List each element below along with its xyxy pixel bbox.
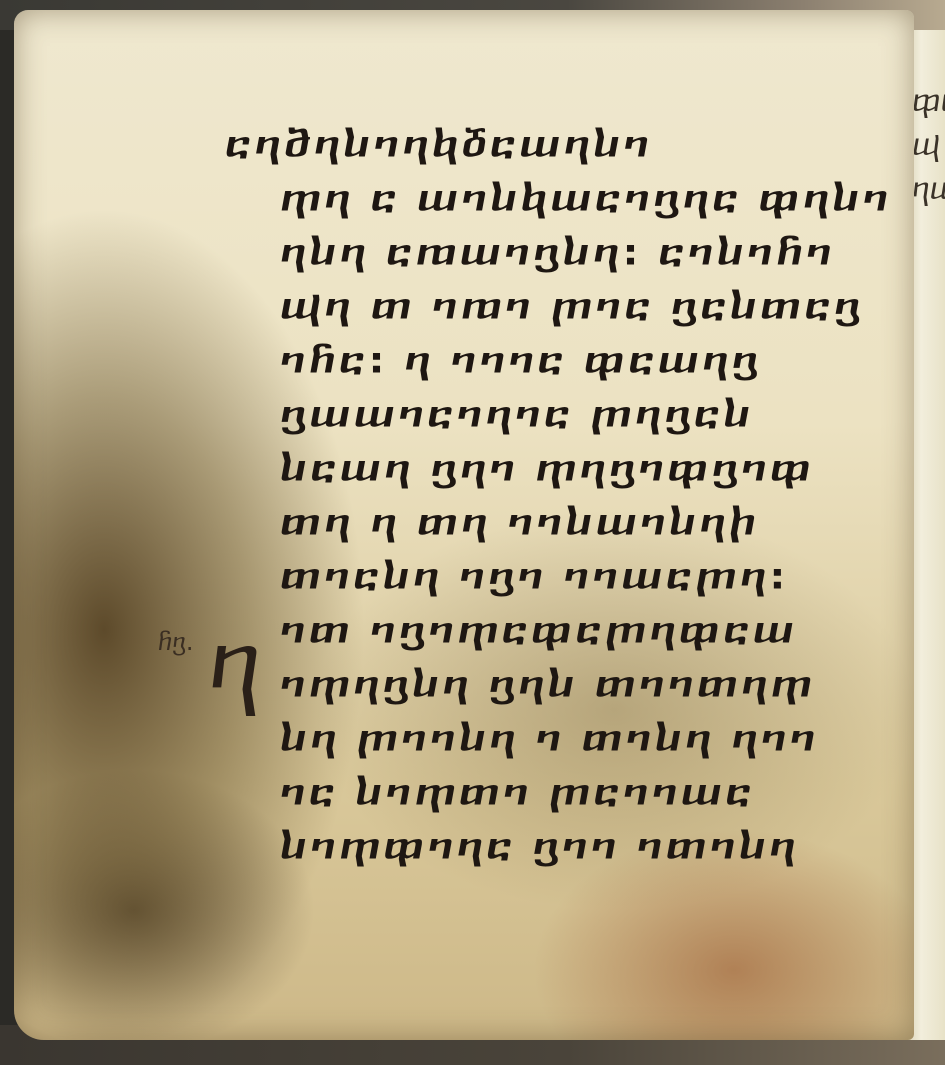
- text-line: ⴈⴀ ⴑⴈⴅⴇⴈ ⴜⴀⴈⴈⴍⴀ: [225, 769, 835, 818]
- text-line: ⴇⴈⴀⴑⴄ ⴈⴂⴈ ⴈⴈⴍⴀⴜⴄ:: [225, 553, 835, 602]
- text-line: ⴈⴌⴀ: ⴄ ⴈⴈⴈⴀ ⴔⴀⴍⴄⴂ: [225, 337, 835, 386]
- text-line: ⴑⴄ ⴜⴈⴈⴑⴄ ⴈ ⴇⴈⴑⴄ ⴄⴈⴈ: [225, 715, 835, 764]
- text-line: ⴀⴄⴋⴄⴑⴈⴄⴉⴃⴀⴍⴄⴑⴈ: [225, 121, 835, 170]
- marginal-number: ⴌⴂ.: [158, 628, 193, 656]
- text-line: ⴈⴅⴄⴂⴑⴄ ⴂⴄⴑ ⴇⴈⴈⴇⴄⴅ: [225, 661, 835, 710]
- text-line: ⴈⴇ ⴈⴂⴈⴅⴀⴔⴀⴜⴄⴔⴀⴍ: [225, 607, 835, 656]
- text-line: ⴑⴈⴅⴔⴈⴄⴀ ⴂⴈⴈ ⴈⴇⴈⴑⴄ: [225, 823, 835, 872]
- text-line: ⴇⴄ ⴄ ⴇⴄ ⴈⴈⴑⴍⴈⴑⴄⴙ: [225, 499, 835, 548]
- facing-page-text: ⴔⴀ ⴓ ⴄⴍ: [912, 80, 945, 212]
- manuscript-text: ⴀⴄⴋⴄⴑⴈⴄⴉⴃⴀⴍⴄⴑⴈ ⴅⴄ ⴀ ⴍⴈⴑⴉⴍⴀⴈⴂⴄⴀ ⴔⴄⴑⴈ ⴄⴑⴄ …: [225, 118, 835, 874]
- text-line: ⴂⴍⴍⴈⴀⴈⴄⴈⴀ ⴜⴄⴂⴀⴑ: [225, 391, 835, 440]
- text-line: ⴄⴑⴄ ⴀⴊⴍⴈⴂⴑⴄ: ⴀⴈⴑⴈⴌⴈ: [225, 229, 835, 278]
- text-line: ⴅⴄ ⴀ ⴍⴈⴑⴉⴍⴀⴈⴂⴄⴀ ⴔⴄⴑⴈ: [225, 175, 835, 224]
- text-line: ⴓⴄ ⴇ ⴈⴊⴈ ⴜⴈⴀ ⴂⴀⴑⴇⴀⴂ: [225, 283, 835, 332]
- text-line: ⴑⴀⴍⴄ ⴂⴄⴈ ⴅⴄⴂⴈⴔⴂⴈⴔ: [225, 445, 835, 494]
